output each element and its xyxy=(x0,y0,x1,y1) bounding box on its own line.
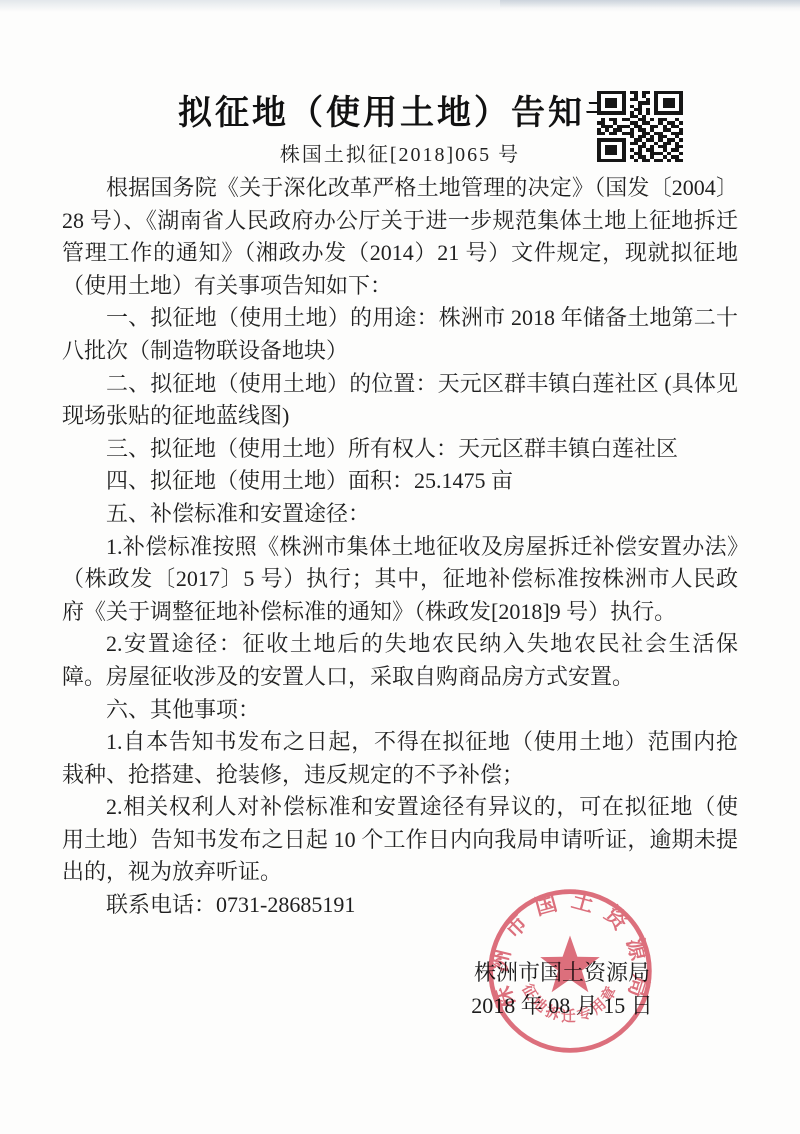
paragraph-item-2: 二、拟征地（使用土地）的位置：天元区群丰镇白莲社区 (具体见现场张贴的征地蓝线图… xyxy=(62,368,738,433)
paragraph-intro: 根据国务院《关于深化改革严格土地管理的决定》（国发〔2004〕28 号）、《湖南… xyxy=(62,172,738,302)
contact-phone: 联系电话：0731-28685191 xyxy=(62,889,738,922)
paragraph-item-6-2: 2.相关权利人对补偿标准和安置途径有异议的，可在拟征地（使用土地）告知书发布之日… xyxy=(62,791,738,889)
paragraph-item-5-1: 1.补偿标准按照《株洲市集体土地征收及房屋拆迁补偿安置办法》（株政发〔2017〕… xyxy=(62,531,738,629)
paragraph-item-6-1: 1.自本告知书发布之日起，不得在拟征地（使用土地）范围内抢栽种、抢搭建、抢装修，… xyxy=(62,726,738,791)
paragraph-item-1: 一、拟征地（使用土地）的用途：株洲市 2018 年储备土地第二十八批次（制造物联… xyxy=(62,302,738,367)
signature-block: 株洲市国土资源局 2018 年 08 月 15 日 xyxy=(462,956,662,1022)
paragraph-item-3: 三、拟征地（使用土地）所有权人：天元区群丰镇白莲社区 xyxy=(62,433,738,466)
signature-date: 2018 年 08 月 15 日 xyxy=(462,989,662,1022)
qr-code-icon xyxy=(597,91,683,162)
signature-agency: 株洲市国土资源局 xyxy=(462,956,662,989)
paragraph-item-6: 六、其他事项： xyxy=(62,694,738,727)
paragraph-item-5-2: 2.安置途径：征收土地后的失地农民纳入失地农民社会生活保障。房屋征收涉及的安置人… xyxy=(62,628,738,693)
paragraph-item-4: 四、拟征地（使用土地）面积：25.1475 亩 xyxy=(62,465,738,498)
paragraph-item-5: 五、补偿标准和安置途径： xyxy=(62,498,738,531)
document-body: 根据国务院《关于深化改革严格土地管理的决定》（国发〔2004〕28 号）、《湖南… xyxy=(62,172,738,922)
scan-artifact-top-right xyxy=(500,0,800,8)
